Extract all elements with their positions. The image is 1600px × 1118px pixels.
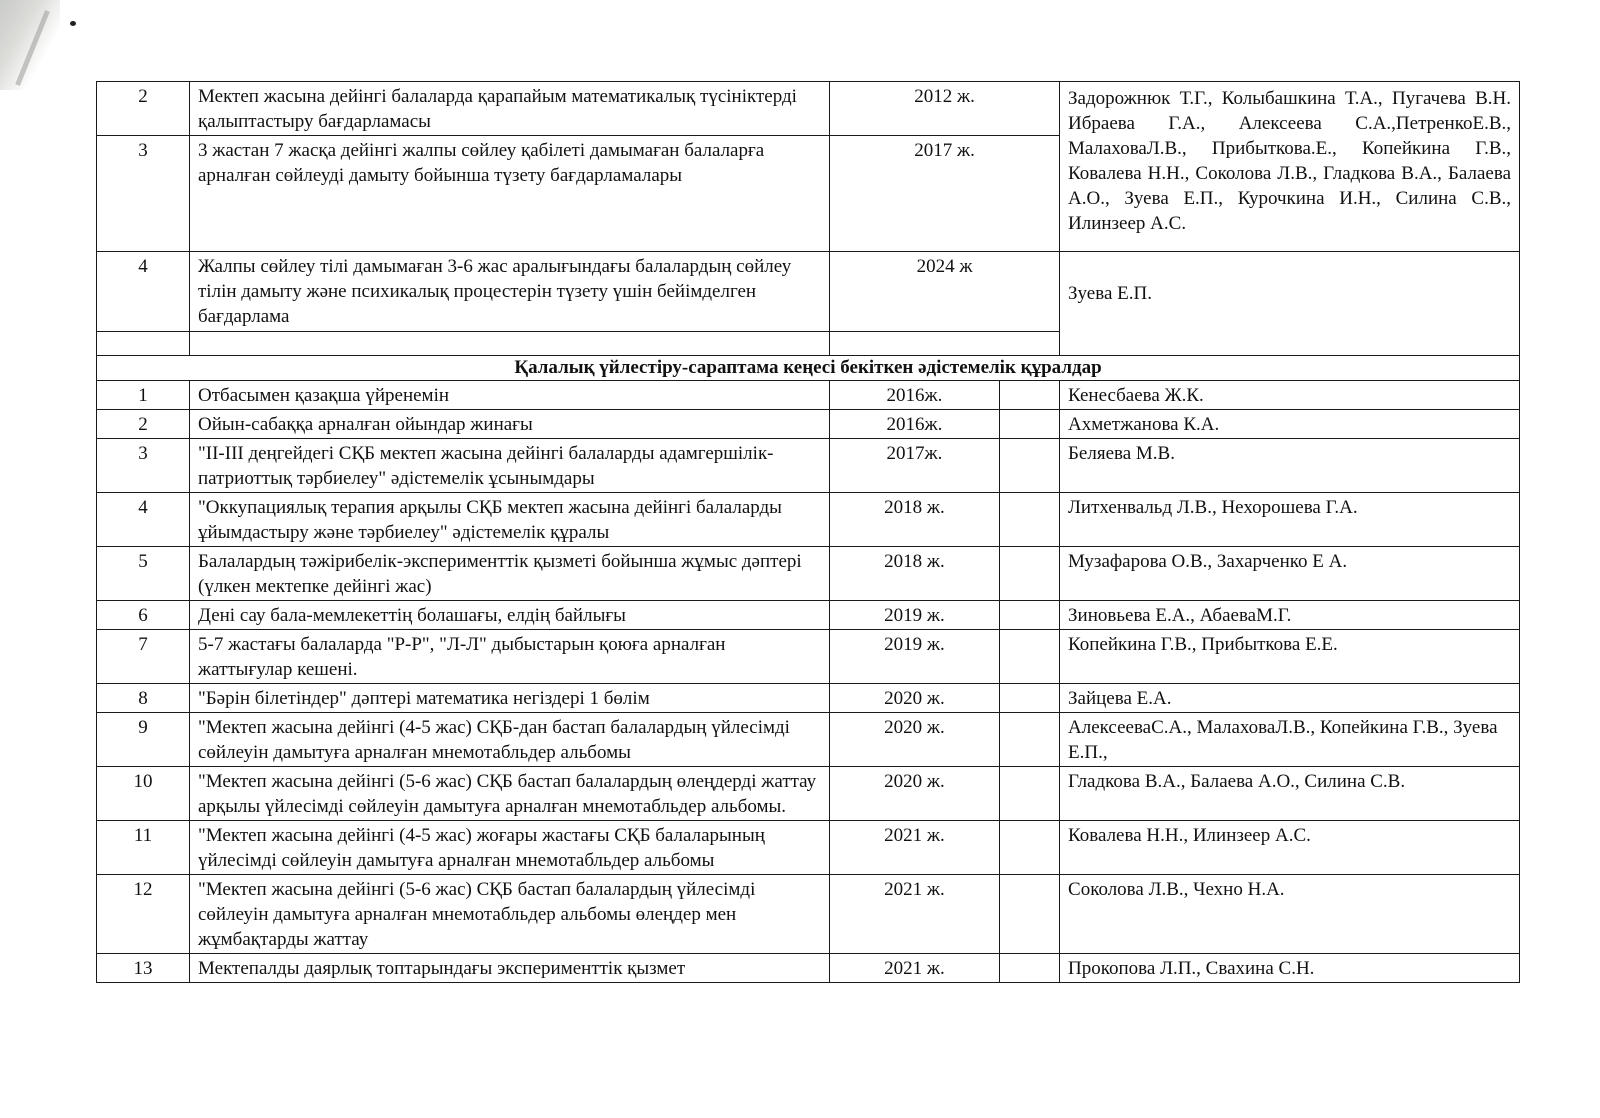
row-year: 2017 ж. bbox=[830, 136, 1060, 252]
table-row: 11 "Мектеп жасына дейінгі (4-5 жас) жоға… bbox=[97, 821, 1520, 875]
table-row: 6 Дені сау бала-мемлекеттің болашағы, ел… bbox=[97, 601, 1520, 630]
row-year: 2020 ж. bbox=[830, 684, 1000, 713]
row-empty-cell bbox=[1000, 821, 1060, 875]
row-number: 3 bbox=[97, 439, 190, 493]
row-year: 2020 ж. bbox=[830, 713, 1000, 767]
row-authors: Кенесбаева Ж.К. bbox=[1060, 381, 1520, 410]
row-authors: Зайцева Е.А. bbox=[1060, 684, 1520, 713]
row-year: 2024 ж bbox=[830, 252, 1060, 332]
row-year: 2018 ж. bbox=[830, 547, 1000, 601]
row-title: "Мектеп жасына дейінгі (5-6 жас) СҚБ бас… bbox=[190, 767, 830, 821]
row-title: 5-7 жастағы балаларда "Р-Р", "Л-Л" дыбыс… bbox=[190, 630, 830, 684]
row-year: 2018 ж. bbox=[830, 493, 1000, 547]
row-year: 2020 ж. bbox=[830, 767, 1000, 821]
row-title: "Оккупациялық терапия арқылы СҚБ мектеп … bbox=[190, 493, 830, 547]
row-empty-cell bbox=[1000, 410, 1060, 439]
row-number: 1 bbox=[97, 381, 190, 410]
row-empty-cell bbox=[1000, 954, 1060, 983]
row-empty-cell bbox=[1000, 767, 1060, 821]
row-number: 4 bbox=[97, 493, 190, 547]
table-row: 3 "ІІ-ІІІ деңгейдегі СҚБ мектеп жасына д… bbox=[97, 439, 1520, 493]
row-number: 5 bbox=[97, 547, 190, 601]
methodical-materials-table: 2 Мектеп жасына дейінгі балаларда қарапа… bbox=[96, 81, 1520, 983]
row-empty-cell bbox=[1000, 713, 1060, 767]
table-row: 7 5-7 жастағы балаларда "Р-Р", "Л-Л" дыб… bbox=[97, 630, 1520, 684]
table-row: 9 "Мектеп жасына дейінгі (4-5 жас) СҚБ-д… bbox=[97, 713, 1520, 767]
table-row: 4 Жалпы сөйлеу тілі дамымаған 3-6 жас ар… bbox=[97, 252, 1520, 332]
row-authors: Ковалева Н.Н., Илинзеер А.С. bbox=[1060, 821, 1520, 875]
row-authors: Прокопова Л.П., Свахина С.Н. bbox=[1060, 954, 1520, 983]
table-row: 5 Балалардың тәжірибелік-эксперименттік … bbox=[97, 547, 1520, 601]
table-row: 2 Мектеп жасына дейінгі балаларда қарапа… bbox=[97, 82, 1520, 136]
row-title: Мектеп жасына дейінгі балаларда қарапайы… bbox=[190, 82, 830, 136]
row-year: 2021 ж. bbox=[830, 954, 1000, 983]
section-title: Қалалық үйлестіру-сараптама кеңесі бекіт… bbox=[97, 356, 1520, 381]
row-empty-cell bbox=[1000, 439, 1060, 493]
row-authors: Музафарова О.В., Захарченко Е А. bbox=[1060, 547, 1520, 601]
row-year: 2021 ж. bbox=[830, 875, 1000, 954]
row-title: 3 жастан 7 жасқа дейінгі жалпы сөйлеу қа… bbox=[190, 136, 830, 252]
authors-text: Задорожнюк Т.Г., Колыбашкина Т.А., Пугач… bbox=[1068, 86, 1511, 236]
row-authors: Литхенвальд Л.В., Нехорошева Г.А. bbox=[1060, 493, 1520, 547]
row-number: 12 bbox=[97, 875, 190, 954]
section-header-row: Қалалық үйлестіру-сараптама кеңесі бекіт… bbox=[97, 356, 1520, 381]
table-row: 10 "Мектеп жасына дейінгі (5-6 жас) СҚБ … bbox=[97, 767, 1520, 821]
row-authors: Беляева М.В. bbox=[1060, 439, 1520, 493]
row-title bbox=[190, 332, 830, 356]
row-authors-single: Зуева Е.П. bbox=[1060, 252, 1520, 356]
row-empty-cell bbox=[1000, 630, 1060, 684]
row-empty-cell bbox=[1000, 493, 1060, 547]
row-year: 2016ж. bbox=[830, 381, 1000, 410]
row-number: 13 bbox=[97, 954, 190, 983]
row-authors-group: Задорожнюк Т.Г., Колыбашкина Т.А., Пугач… bbox=[1060, 82, 1520, 252]
row-authors: Зиновьева Е.А., АбаеваМ.Г. bbox=[1060, 601, 1520, 630]
row-title: "Бәрін білетіндер" дәптері математика не… bbox=[190, 684, 830, 713]
row-year: 2019 ж. bbox=[830, 630, 1000, 684]
row-year bbox=[830, 332, 1060, 356]
row-number: 2 bbox=[97, 82, 190, 136]
row-year: 2016ж. bbox=[830, 410, 1000, 439]
row-title: "Мектеп жасына дейінгі (4-5 жас) жоғары … bbox=[190, 821, 830, 875]
row-number: 3 bbox=[97, 136, 190, 252]
table-row: 4 "Оккупациялық терапия арқылы СҚБ мекте… bbox=[97, 493, 1520, 547]
row-empty-cell bbox=[1000, 547, 1060, 601]
row-empty-cell bbox=[1000, 601, 1060, 630]
row-number: 11 bbox=[97, 821, 190, 875]
row-authors: Соколова Л.В., Чехно Н.А. bbox=[1060, 875, 1520, 954]
row-number: 4 bbox=[97, 252, 190, 332]
scan-speck bbox=[70, 21, 76, 26]
row-title: Мектепалды даярлық топтарындағы эксперим… bbox=[190, 954, 830, 983]
row-number: 8 bbox=[97, 684, 190, 713]
row-title: Дені сау бала-мемлекеттің болашағы, елді… bbox=[190, 601, 830, 630]
table-row: 12 "Мектеп жасына дейінгі (5-6 жас) СҚБ … bbox=[97, 875, 1520, 954]
row-empty-cell bbox=[1000, 684, 1060, 713]
row-empty-cell bbox=[1000, 381, 1060, 410]
table-row: 13 Мектепалды даярлық топтарындағы экспе… bbox=[97, 954, 1520, 983]
row-number: 2 bbox=[97, 410, 190, 439]
table-row: 1 Отбасымен қазақша үйренемін 2016ж. Кен… bbox=[97, 381, 1520, 410]
row-authors: Ахметжанова К.А. bbox=[1060, 410, 1520, 439]
row-number: 7 bbox=[97, 630, 190, 684]
row-authors: АлексееваС.А., МалаховаЛ.В., Копейкина Г… bbox=[1060, 713, 1520, 767]
row-title: Балалардың тәжірибелік-эксперименттік қы… bbox=[190, 547, 830, 601]
row-title: Отбасымен қазақша үйренемін bbox=[190, 381, 830, 410]
row-title: Жалпы сөйлеу тілі дамымаған 3-6 жас арал… bbox=[190, 252, 830, 332]
authors-text: Зуева Е.П. bbox=[1068, 281, 1511, 306]
row-number: 9 bbox=[97, 713, 190, 767]
row-number: 10 bbox=[97, 767, 190, 821]
row-year: 2012 ж. bbox=[830, 82, 1060, 136]
row-title: "Мектеп жасына дейінгі (5-6 жас) СҚБ бас… bbox=[190, 875, 830, 954]
row-year: 2017ж. bbox=[830, 439, 1000, 493]
table-row: 2 Ойын-сабаққа арналған ойындар жинағы 2… bbox=[97, 410, 1520, 439]
document-page: 2 Мектеп жасына дейінгі балаларда қарапа… bbox=[96, 81, 1520, 983]
row-year: 2021 ж. bbox=[830, 821, 1000, 875]
row-authors: Копейкина Г.В., Прибыткова Е.Е. bbox=[1060, 630, 1520, 684]
row-title: Ойын-сабаққа арналған ойындар жинағы bbox=[190, 410, 830, 439]
row-number bbox=[97, 332, 190, 356]
row-title: "Мектеп жасына дейінгі (4-5 жас) СҚБ-дан… bbox=[190, 713, 830, 767]
row-number: 6 bbox=[97, 601, 190, 630]
row-authors: Гладкова В.А., Балаева А.О., Силина С.В. bbox=[1060, 767, 1520, 821]
row-title: "ІІ-ІІІ деңгейдегі СҚБ мектеп жасына дей… bbox=[190, 439, 830, 493]
row-year: 2019 ж. bbox=[830, 601, 1000, 630]
row-empty-cell bbox=[1000, 875, 1060, 954]
table-row: 8 "Бәрін білетіндер" дәптері математика … bbox=[97, 684, 1520, 713]
